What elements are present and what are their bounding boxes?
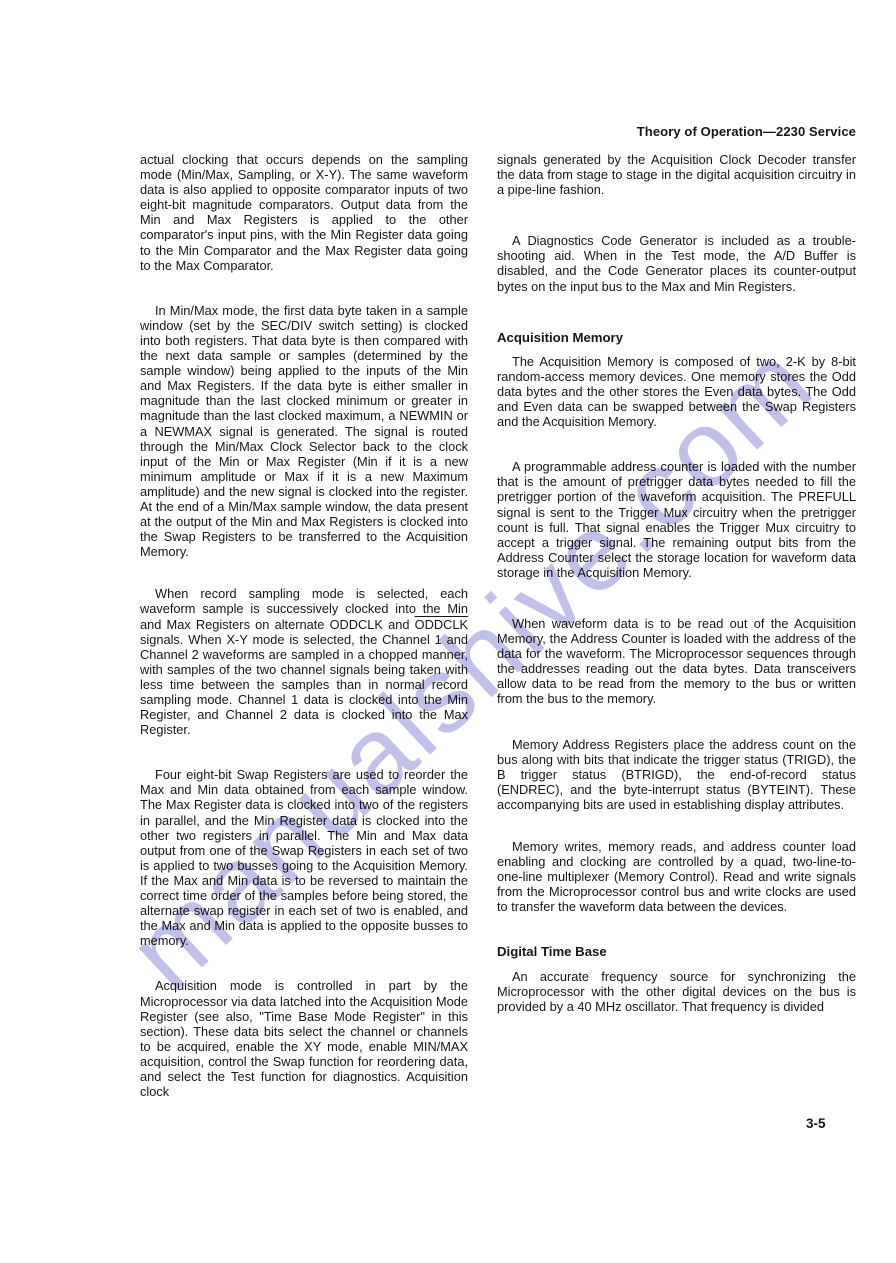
- oddclk-complement-signal: ODDCLK: [415, 617, 468, 632]
- paragraph: When record sampling mode is selected, e…: [140, 586, 468, 737]
- paragraph: Acquisition mode is controlled in part b…: [140, 978, 468, 1099]
- paragraph: A programmable address counter is loaded…: [497, 459, 856, 580]
- paragraph: Four eight-bit Swap Registers are used t…: [140, 767, 468, 948]
- page-number: 3-5: [806, 1116, 826, 1131]
- paragraph: In Min/Max mode, the first data byte tak…: [140, 303, 468, 560]
- section-heading-digital-time-base: Digital Time Base: [497, 944, 856, 959]
- paragraph: When waveform data is to be read out of …: [497, 616, 856, 707]
- paragraph: signals generated by the Acquisition Clo…: [497, 152, 856, 197]
- left-column: actual clocking that occurs depends on t…: [140, 152, 468, 1129]
- paragraph: Memory Address Registers place the addre…: [497, 737, 856, 812]
- paragraph: An accurate frequency source for synchro…: [497, 969, 856, 1014]
- right-column: signals generated by the Acquisition Clo…: [497, 152, 856, 1044]
- paragraph: A Diagnostics Code Generator is included…: [497, 233, 856, 293]
- section-heading-acquisition-memory: Acquisition Memory: [497, 330, 856, 345]
- paragraph-text: signals. When X-Y mode is selected, the …: [140, 632, 468, 738]
- paragraph: actual clocking that occurs depends on t…: [140, 152, 468, 273]
- paragraph: The Acquisition Memory is composed of tw…: [497, 354, 856, 429]
- page-header: Theory of Operation—2230 Service: [637, 124, 856, 139]
- manual-page: manualshive.com Theory of Operation—2230…: [0, 0, 896, 1263]
- paragraph: Memory writes, memory reads, and address…: [497, 839, 856, 914]
